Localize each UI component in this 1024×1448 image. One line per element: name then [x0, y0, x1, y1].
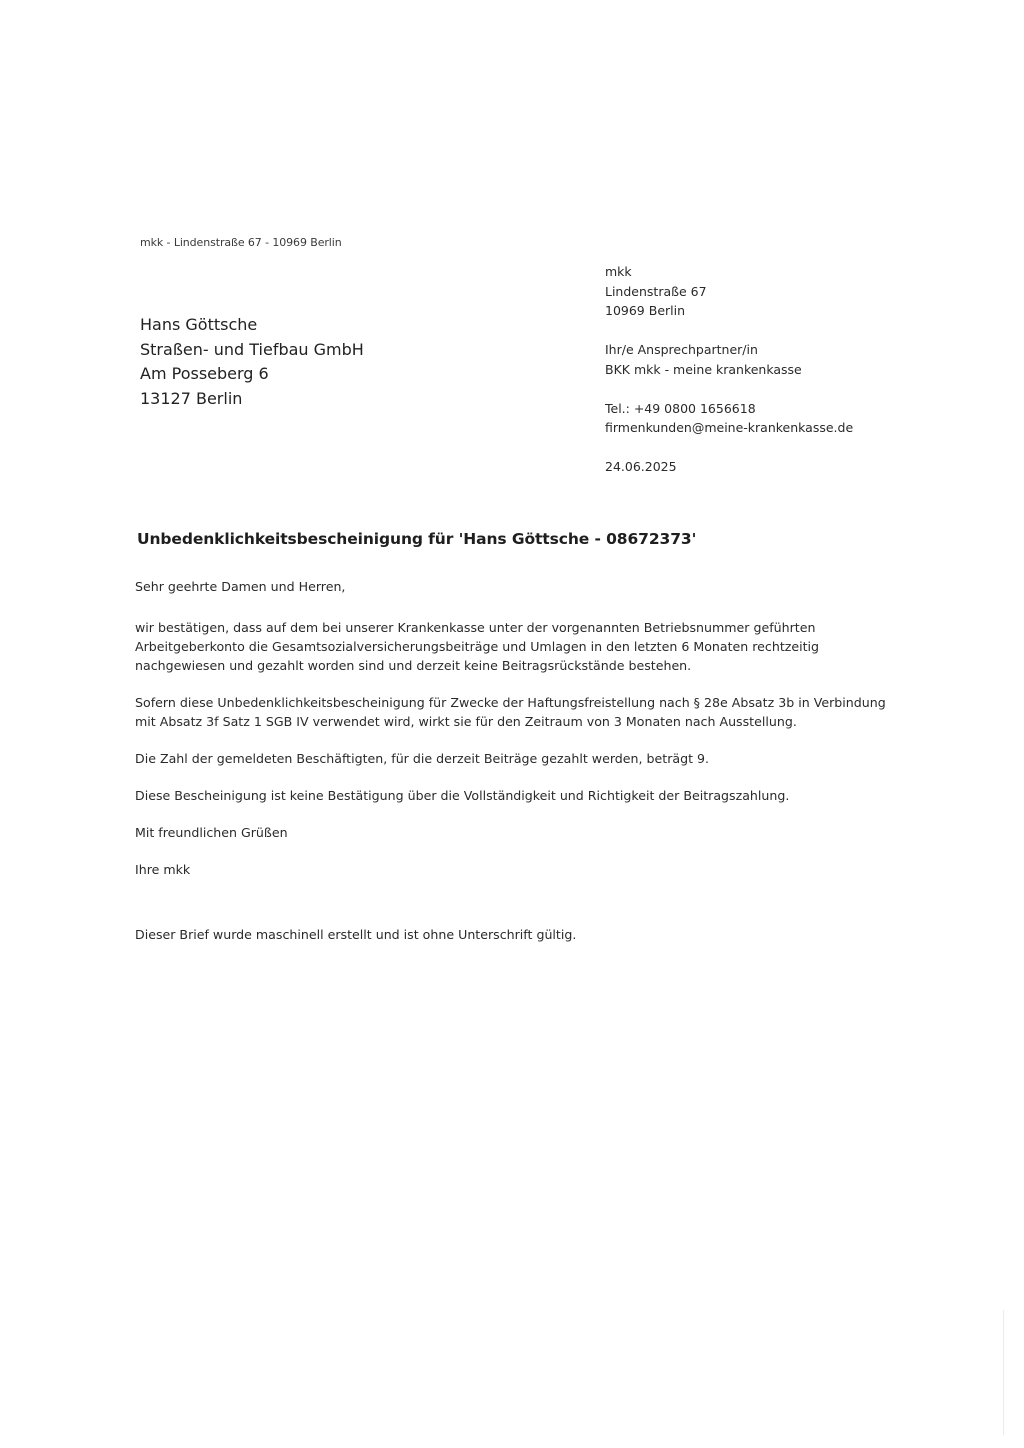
- letter-subject: Unbedenklichkeitsbescheinigung für 'Hans…: [137, 530, 696, 548]
- body-paragraph: Diese Bescheinigung ist keine Bestätigun…: [135, 786, 905, 805]
- letter-page: mkk - Lindenstraße 67 - 10969 Berlin Han…: [0, 0, 1024, 1448]
- contact-name: BKK mkk - meine krankenkasse: [605, 360, 853, 380]
- signature: Ihre mkk: [135, 860, 905, 879]
- sender-name: mkk: [605, 262, 853, 282]
- footer-note: Dieser Brief wurde maschinell erstellt u…: [135, 925, 905, 944]
- body-paragraph: wir bestätigen, dass auf dem bei unserer…: [135, 618, 905, 675]
- closing: Mit freundlichen Grüßen: [135, 823, 905, 842]
- scan-edge-line: [1003, 1310, 1004, 1435]
- sender-city: 10969 Berlin: [605, 301, 853, 321]
- body-paragraph: Sofern diese Unbedenklichkeitsbescheinig…: [135, 693, 905, 731]
- contact-email: firmenkunden@meine-krankenkasse.de: [605, 418, 853, 438]
- recipient-company: Straßen- und Tiefbau GmbH: [140, 338, 364, 363]
- letter-date: 24.06.2025: [605, 457, 853, 477]
- sender-info-block: mkk Lindenstraße 67 10969 Berlin Ihr/e A…: [605, 262, 853, 477]
- salutation: Sehr geehrte Damen und Herren,: [135, 577, 905, 596]
- recipient-city: 13127 Berlin: [140, 387, 364, 412]
- body-paragraph: Die Zahl der gemeldeten Beschäftigten, f…: [135, 749, 905, 768]
- recipient-name: Hans Göttsche: [140, 313, 364, 338]
- contact-phone: Tel.: +49 0800 1656618: [605, 399, 853, 419]
- letter-body: Sehr geehrte Damen und Herren, wir bestä…: [135, 577, 905, 962]
- contact-label: Ihr/e Ansprechpartner/in: [605, 340, 853, 360]
- sender-street: Lindenstraße 67: [605, 282, 853, 302]
- recipient-street: Am Posseberg 6: [140, 362, 364, 387]
- sender-return-address: mkk - Lindenstraße 67 - 10969 Berlin: [140, 236, 342, 249]
- recipient-address: Hans Göttsche Straßen- und Tiefbau GmbH …: [140, 313, 364, 411]
